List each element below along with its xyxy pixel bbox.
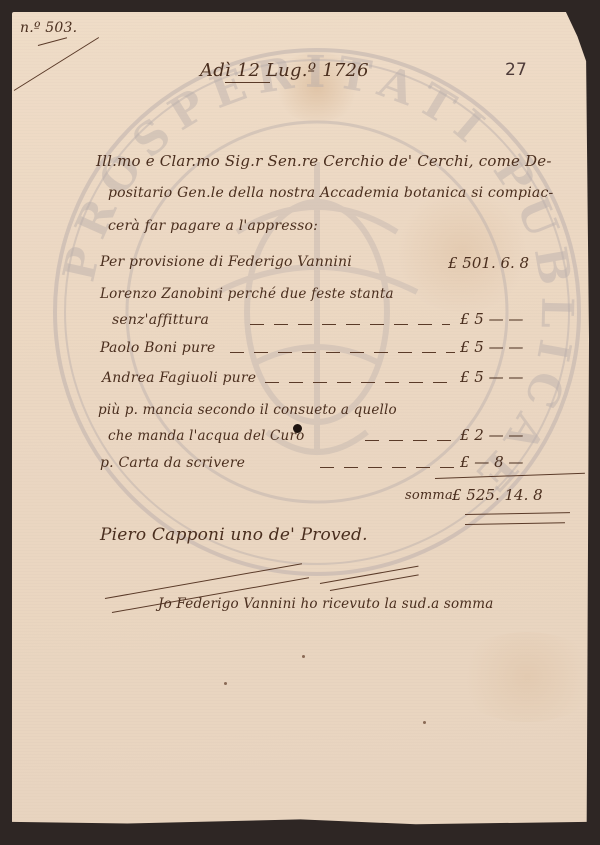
salutation-line-1: Ill.mo e Clar.mo Sig.r Sen.re Cerchio de…	[96, 152, 552, 170]
date-line: Adì 12 Lug.º 1726	[200, 60, 369, 81]
paper-speck	[224, 682, 227, 685]
entry-text: Andrea Fagiuoli pure	[102, 370, 256, 386]
leader-dashes	[230, 352, 455, 353]
paper-stain	[392, 192, 532, 312]
paper-speck	[423, 721, 426, 724]
entry-text: Lorenzo Zanobini perché due feste stanta	[100, 286, 394, 302]
entry-amount: £ — 8 —	[460, 453, 523, 471]
entry-text: Paolo Boni pure	[100, 340, 216, 356]
date-underline	[225, 82, 270, 83]
archive-page-number: 27	[505, 60, 527, 80]
entry-text: p. Carta da scrivere	[100, 455, 245, 471]
signature-provveditore: Piero Capponi uno de' Proved.	[100, 525, 368, 545]
entry-amount: £ 2 — —	[460, 426, 523, 444]
entry-text: più p. mancia secondo il consueto a quel…	[98, 402, 397, 418]
entry-text: senz'affittura	[112, 312, 209, 328]
salutation-line-3: cerà far pagare a l'appresso:	[108, 218, 318, 234]
folio-number: n.º 503.	[20, 20, 77, 36]
leader-dashes	[250, 324, 450, 325]
entry-amount: £ 5 — —	[460, 338, 523, 356]
leader-dashes	[265, 382, 455, 383]
leader-dashes	[320, 467, 455, 468]
paper-stain	[452, 632, 589, 722]
paper-speck	[302, 655, 305, 658]
salutation-line-2: positario Gen.le della nostra Accademia …	[108, 185, 553, 201]
leader-dashes	[365, 440, 455, 441]
entry-amount: £ 5 — —	[460, 310, 523, 328]
manuscript-page: PROSPERITATI PUBLICAE	[12, 12, 589, 830]
ink-blot	[293, 424, 302, 433]
entry-text: Per provisione di Federigo Vannini	[100, 254, 352, 270]
total-label: somma	[405, 488, 453, 503]
entry-text: che manda l'acqua del Curo	[108, 428, 304, 444]
total-amount: £ 525. 14. 8	[452, 486, 543, 504]
entry-amount: £ 501. 6. 8	[448, 254, 529, 272]
entry-amount: £ 5 — —	[460, 368, 523, 386]
signature-receipt: Jo Federigo Vannini ho ricevuto la sud.a…	[158, 596, 494, 612]
